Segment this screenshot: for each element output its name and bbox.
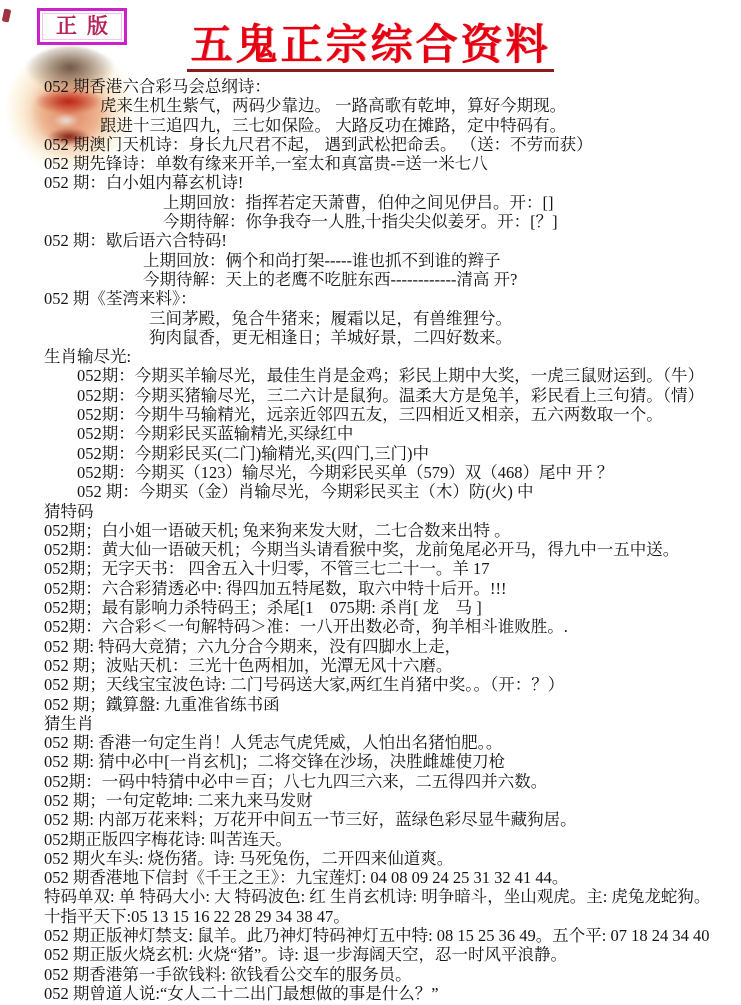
text-line: 052期：黄大仙一语破天机；今期当头请看猴中奖，龙前兔尾必开马，得九中一五中送。 (0, 540, 741, 559)
tip-sheet-page: 正版 五鬼正宗综合资料 052 期香港六合彩马会总纲诗：虎来生机生紫气，两码少靠… (0, 0, 741, 1005)
text-line: 052 期: 猜中必中[一肖玄机]；二将交锋在沙场，决胜雌雄使刀枪 (0, 752, 741, 771)
text-line: 052期：六合彩猜透必中: 得四加五特尾数，取六中特十后开。!!! (0, 579, 741, 598)
text-line: 052 期香港第一手欲钱料: 欲钱看公交车的服务员。 (0, 965, 741, 984)
text-line: 052 期正版神灯禁支: 鼠羊。此乃神灯特码神灯五中特: 08 15 25 36… (0, 926, 741, 945)
authentic-badge: 正版 (37, 8, 127, 45)
text-line: 052 期正版火烧玄机: 火烧“猪”。诗: 退一步海阔天空，忍一时风平浪静。 (0, 945, 741, 964)
text-line: 052期正版四字梅花诗: 叫苦连天。 (0, 830, 741, 849)
text-line: 052期；最有影响力杀特码王；杀尾[1 075期: 杀肖[ 龙 马 ] (0, 598, 741, 617)
text-line: 052期；无字天书： 四舍五入十归零，不管三七二十一。羊 17 (0, 559, 741, 578)
page-title-text: 五鬼正宗综合资料 (187, 24, 553, 72)
text-line: 052期：今期买（123）输尽光，今期彩民买单（579）双（468）尾中 开 ？ (0, 463, 741, 482)
text-line: 052 期《荃湾来料》： (0, 289, 741, 308)
text-line: 052期：今期彩民买(二门)输精光,买(四门,三门)中 (0, 444, 741, 463)
text-line: 052 期；一句定乾坤: 二来九来马发财 (0, 791, 741, 810)
text-line: 052 期：今期买（金）肖输尽光，今期彩民买主（木）防(火) 中 (0, 482, 741, 501)
text-line: 052 期曾道人说:“女人二十二出门最想做的事是什么？” (0, 984, 741, 1003)
text-line: 052期；白小姐一语破天机; 兔来狗来发大财，二七合数来出特 。 (0, 521, 741, 540)
text-line: 052 期火车头: 烧伤猪。诗: 马死兔伤，二开四来仙道爽。 (0, 849, 741, 868)
text-line: 052 期: 内部万花来料；万花开中间五一节三好，蓝绿色彩尽显牛藏狗居。 (0, 810, 741, 829)
content-lines: 052 期香港六合彩马会总纲诗：虎来生机生紫气，两码少靠边。 一路高歌有乾坤，算… (0, 77, 741, 1003)
text-line: 猜生肖 (0, 714, 741, 733)
text-line: 052 期香港地下信封《千王之王》：九宝莲灯: 04 08 09 24 25 3… (0, 868, 741, 887)
text-line: 三间茅殿，兔合牛猪来；履霜以足，有兽维狸兮。 (0, 309, 741, 328)
text-line: 特码单双: 单 特码大小: 大 特码波色: 红 生肖玄机诗: 明争暗斗，坐山观虎… (0, 887, 741, 906)
text-line: 052期：今期牛马输精光，远亲近邻四五友，三四相近又相亲，五六两数取一个。 (0, 405, 741, 424)
text-line: 上期回放：俩个和尚打架-----谁也抓不到谁的辫子 (0, 251, 741, 270)
text-line: 052 期: 香港一句定生肖！人凭志气虎凭威，人怕出名猪怕肥。。 (0, 733, 741, 752)
text-line: 猜特码 (0, 502, 741, 521)
text-line: 虎来生机生紫气，两码少靠边。 一路高歌有乾坤，算好今期现。 (0, 96, 741, 115)
text-line: 今期待解：你争我夺一人胜,十指尖尖似姜牙。开：[？] (0, 212, 741, 231)
text-line: 052 期澳门天机诗：身长九尺君不起， 遇到武松把命丢。 （送：不劳而获） (0, 135, 741, 154)
text-line: 052期：今期买猪输尽光，三二六计是鼠狗。温柔大方是兔羊，彩民看上三句猜。（情） (0, 386, 741, 405)
authentic-badge-label: 正版 (46, 16, 118, 37)
text-line: 上期回放：指挥若定天萧曹，伯仲之间见伊吕。开：[] (0, 193, 741, 212)
text-line: 052期：六合彩＜一句解特码＞准：一八开出数必奇，狗羊相斗谁败胜。. (0, 617, 741, 636)
text-line: 052 期: 特码大竞猜；六九分合今期来，没有四脚水上走， (0, 637, 741, 656)
corner-red-mark (2, 8, 12, 22)
text-line: 052 期；天线宝宝波色诗: 二门号码送大家,两红生肖猪中奖。。（开：？） (0, 675, 741, 694)
text-line: 052期：今期彩民买蓝输精光,买绿红中 (0, 424, 741, 443)
text-line: 生肖输尽光: (0, 347, 741, 366)
text-line: 跟进十三追四九，三七如保险。 大路反功在摊路，定中特码有。 (0, 116, 741, 135)
text-line: 十指平天下:05 13 15 16 22 28 29 34 38 47。 (0, 907, 741, 926)
text-line: 052 期香港六合彩马会总纲诗： (0, 77, 741, 96)
text-line: 052期：今期买羊输尽光，最佳生肖是金鸡；彩民上期中大奖，一虎三鼠财运到。（牛） (0, 366, 741, 385)
text-line: 052 期：歇后语六合特码! (0, 231, 741, 250)
text-line: 052 期先锋诗：单数有缘来开羊,一室太和真富贵-=送一米七八 (0, 154, 741, 173)
text-line: 052 期；波贴天机：三光十色两相加，光潭无风十六磨。 (0, 656, 741, 675)
text-line: 052 期：白小姐内幕玄机诗! (0, 173, 741, 192)
text-line: 狗肉鼠香，更无相逢日；羊城好景，二四好数来。 (0, 328, 741, 347)
text-line: 今期待解：天上的老鹰不吃脏东西------------清高 开? (0, 270, 741, 289)
text-line: 052期：一码中特猜中必中＝百；八七九四三六来，二五得四并六数。 (0, 772, 741, 791)
text-line: 052 期；鐵算盤: 九重准省练书函 (0, 695, 741, 714)
